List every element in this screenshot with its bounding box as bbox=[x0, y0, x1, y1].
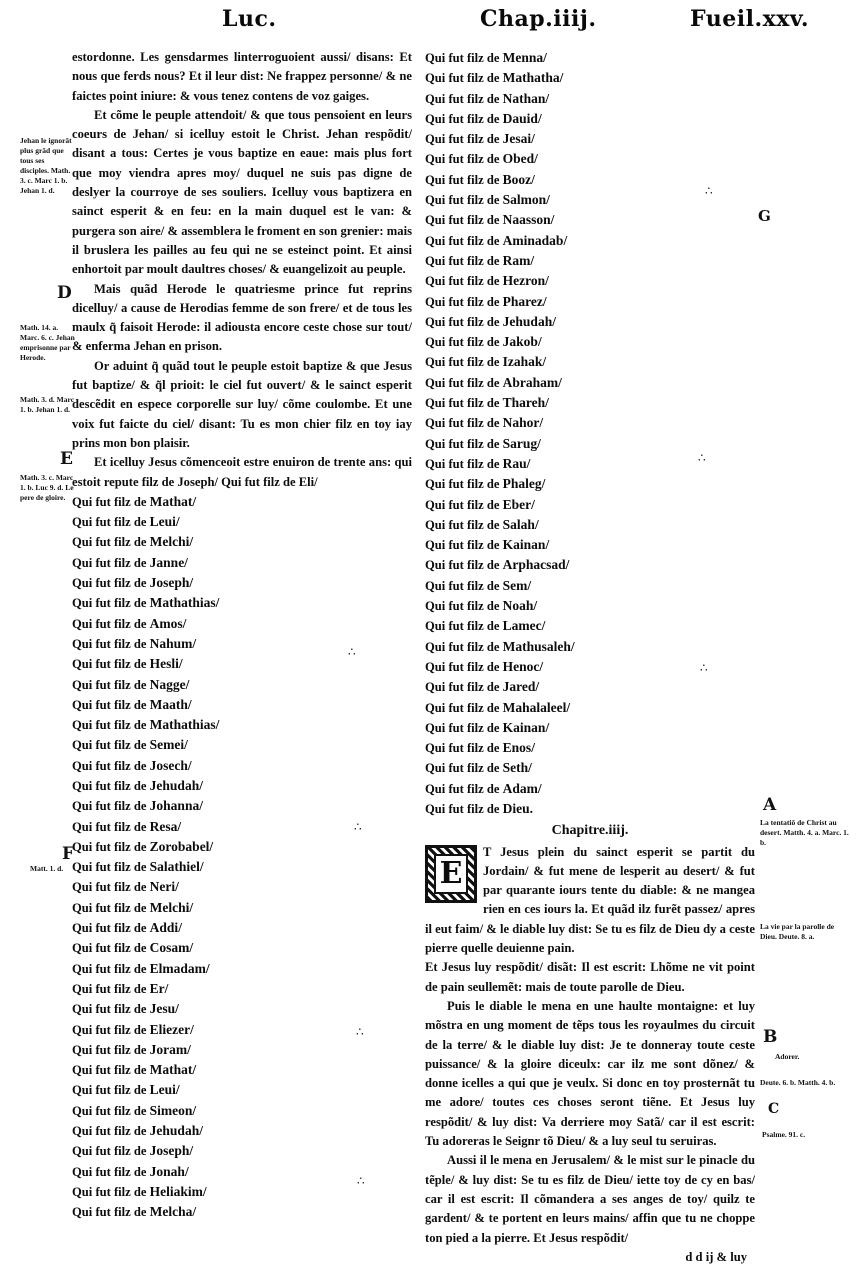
genealogy-name: Janne/ bbox=[150, 555, 188, 570]
genealogy-name: Semei/ bbox=[150, 737, 188, 752]
genealogy-prefix: Qui fut filz de bbox=[425, 680, 500, 694]
genealogy-name: Phaleg/ bbox=[503, 476, 546, 491]
genealogy-entry: Qui fut filz de Seth/ bbox=[425, 758, 755, 778]
genealogy-name: Nathan/ bbox=[503, 91, 550, 106]
genealogy-entry: Qui fut filz de Aminadab/ bbox=[425, 231, 755, 251]
genealogy-prefix: Qui fut filz de bbox=[425, 92, 500, 106]
genealogy-name: Naasson/ bbox=[503, 212, 555, 227]
genealogy-prefix: Qui fut filz de bbox=[425, 112, 500, 126]
margin-note: Math. 3. c. Marc 1. b. Luc 9. d. Le pere… bbox=[20, 473, 75, 503]
paragraph: estordonne. Les gensdarmes linterroguoie… bbox=[72, 48, 412, 106]
paragraph: Or aduint q̃ quãd tout le peuple estoit … bbox=[72, 357, 412, 453]
genealogy-name: Melchi/ bbox=[150, 534, 194, 549]
genealogy-prefix: Qui fut filz de bbox=[425, 213, 500, 227]
genealogy-name: Menna/ bbox=[503, 50, 547, 65]
paragraph: Et cõme le peuple attendoit/ & que tous … bbox=[72, 106, 412, 280]
genealogy-name: Cosam/ bbox=[150, 940, 194, 955]
genealogy-name: Addi/ bbox=[150, 920, 182, 935]
running-header-chapter: Chap.iiij. bbox=[480, 6, 597, 32]
genealogy-entry: Qui fut filz de Maath/ bbox=[72, 695, 412, 715]
genealogy-name: Josech/ bbox=[150, 758, 192, 773]
genealogy-entry: Qui fut filz de Janne/ bbox=[72, 553, 412, 573]
genealogy-prefix: Qui fut filz de bbox=[425, 457, 500, 471]
genealogy-name: Hesli/ bbox=[150, 656, 183, 671]
genealogy-name: Henoc/ bbox=[503, 659, 544, 674]
genealogy-prefix: Qui fut filz de bbox=[425, 498, 500, 512]
genealogy-name: Melchi/ bbox=[150, 900, 194, 915]
genealogy-entry: Qui fut filz de Zorobabel/ bbox=[72, 837, 412, 857]
dot-mark: ∴ bbox=[348, 645, 355, 659]
genealogy-entry: Qui fut filz de Enos/ bbox=[425, 738, 755, 758]
genealogy-name: Joseph/ bbox=[150, 575, 194, 590]
genealogy-entry: Qui fut filz de Melchi/ bbox=[72, 898, 412, 918]
margin-note: La vie par la parolle de Dieu. Deute. 8.… bbox=[760, 922, 850, 942]
margin-note: Math. 3. d. Marc 1. b. Jehan 1. d. bbox=[20, 395, 75, 415]
paragraph: Aussi il le mena en Jerusalem/ & le mist… bbox=[425, 1151, 755, 1247]
genealogy-entry: Qui fut filz de Obed/ bbox=[425, 149, 755, 169]
genealogy-entry: Qui fut filz de Thareh/ bbox=[425, 393, 755, 413]
genealogy-prefix: Qui fut filz de bbox=[425, 477, 500, 491]
genealogy-name: Mathathias/ bbox=[150, 595, 220, 610]
dot-mark: ∴ bbox=[354, 820, 361, 834]
chapter-heading: Chapitre.iiij. bbox=[425, 821, 755, 840]
genealogy-prefix: Qui fut filz de bbox=[72, 738, 147, 752]
genealogy-prefix: Qui fut filz de bbox=[72, 1165, 147, 1179]
genealogy-prefix: Qui fut filz de bbox=[72, 596, 147, 610]
genealogy-entry: Qui fut filz de Neri/ bbox=[72, 877, 412, 897]
genealogy-entry: Qui fut filz de Melcha/ bbox=[72, 1202, 412, 1222]
genealogy-name: Jehudah/ bbox=[150, 1123, 203, 1138]
genealogy-entry: Qui fut filz de Joram/ bbox=[72, 1040, 412, 1060]
paragraph: Puis le diable le mena en une haulte mon… bbox=[425, 997, 755, 1151]
genealogy-name: Abraham/ bbox=[503, 375, 562, 390]
genealogy-prefix: Qui fut filz de bbox=[72, 576, 147, 590]
genealogy-entry: Qui fut filz de Salathiel/ bbox=[72, 857, 412, 877]
genealogy-prefix: Qui fut filz de bbox=[72, 1124, 147, 1138]
genealogy-name: Sem/ bbox=[503, 578, 532, 593]
genealogy-prefix: Qui fut filz de bbox=[425, 721, 500, 735]
genealogy-entry: Qui fut filz de Jehudah/ bbox=[425, 312, 755, 332]
genealogy-prefix: Qui fut filz de bbox=[425, 254, 500, 268]
genealogy-name: Eliezer/ bbox=[150, 1022, 194, 1037]
genealogy-name: Nahor/ bbox=[503, 415, 544, 430]
genealogy-prefix: Qui fut filz de bbox=[425, 173, 500, 187]
genealogy-name: Hezron/ bbox=[503, 273, 549, 288]
genealogy-prefix: Qui fut filz de bbox=[425, 71, 500, 85]
genealogy-name: Salathiel/ bbox=[150, 859, 204, 874]
genealogy-entry: Qui fut filz de Nahor/ bbox=[425, 413, 755, 433]
genealogy-name: Mathatha/ bbox=[503, 70, 564, 85]
genealogy-name: Maath/ bbox=[150, 697, 192, 712]
dot-mark: ∴ bbox=[357, 1174, 364, 1188]
section-letter: A bbox=[763, 795, 776, 815]
genealogy-entry: Qui fut filz de Mathathias/ bbox=[72, 593, 412, 613]
genealogy-name: Leui/ bbox=[150, 514, 180, 529]
genealogy-entry: Qui fut filz de Leui/ bbox=[72, 512, 412, 532]
genealogy-prefix: Qui fut filz de bbox=[72, 1205, 147, 1219]
initial-letter: E bbox=[434, 854, 468, 894]
genealogy-prefix: Qui fut filz de bbox=[425, 51, 500, 65]
genealogy-entry: Qui fut filz de Jared/ bbox=[425, 677, 755, 697]
genealogy-entry: Qui fut filz de Nathan/ bbox=[425, 89, 755, 109]
genealogy-prefix: Qui fut filz de bbox=[425, 518, 500, 532]
margin-note: Jehan le ignorãt plus grãd que tous ses … bbox=[20, 136, 75, 196]
genealogy-name: Obed/ bbox=[503, 151, 538, 166]
genealogy-name: Mathat/ bbox=[150, 494, 197, 509]
genealogy-name: Nahum/ bbox=[150, 636, 197, 651]
genealogy-name: Mathat/ bbox=[150, 1062, 197, 1077]
genealogy-prefix: Qui fut filz de bbox=[72, 799, 147, 813]
genealogy-entry: Qui fut filz de Hezron/ bbox=[425, 271, 755, 291]
genealogy-prefix: Qui fut filz de bbox=[425, 538, 500, 552]
genealogy-name: Rau/ bbox=[503, 456, 531, 471]
genealogy-name: Resa/ bbox=[150, 819, 182, 834]
margin-note: La tentatiõ de Christ au desert. Matth. … bbox=[760, 818, 850, 848]
genealogy-name: Jakob/ bbox=[503, 334, 542, 349]
genealogy-name: Simeon/ bbox=[150, 1103, 197, 1118]
genealogy-prefix: Qui fut filz de bbox=[425, 132, 500, 146]
section-letter: C bbox=[768, 1101, 779, 1117]
genealogy-entry: Qui fut filz de Salah/ bbox=[425, 515, 755, 535]
margin-note: Deute. 6. b. Matth. 4. b. bbox=[760, 1078, 850, 1088]
genealogy-prefix: Qui fut filz de bbox=[72, 1063, 147, 1077]
section-letter: D bbox=[57, 283, 72, 303]
genealogy-name: Melcha/ bbox=[150, 1204, 197, 1219]
genealogy-name: Adam/ bbox=[503, 781, 542, 796]
dot-mark: ∴ bbox=[698, 451, 705, 465]
genealogy-entry: Qui fut filz de Mathat/ bbox=[72, 1060, 412, 1080]
genealogy-entry: Qui fut filz de Lamec/ bbox=[425, 616, 755, 636]
genealogy-entry: Qui fut filz de Mahalaleel/ bbox=[425, 698, 755, 718]
genealogy-entry: Qui fut filz de Elmadam/ bbox=[72, 959, 412, 979]
margin-note: Psalme. 91. c. bbox=[762, 1130, 852, 1140]
genealogy-list-left: Qui fut filz de Mathat/Qui fut filz de L… bbox=[72, 492, 412, 1223]
genealogy-entry: Qui fut filz de Menna/ bbox=[425, 48, 755, 68]
genealogy-prefix: Qui fut filz de bbox=[425, 640, 500, 654]
genealogy-name: Pharez/ bbox=[503, 294, 547, 309]
genealogy-name: Salmon/ bbox=[503, 192, 550, 207]
genealogy-entry: Qui fut filz de Joseph/ bbox=[72, 1141, 412, 1161]
genealogy-name: Lamec/ bbox=[503, 618, 546, 633]
genealogy-entry: Qui fut filz de Abraham/ bbox=[425, 373, 755, 393]
genealogy-prefix: Qui fut filz de bbox=[425, 782, 500, 796]
dot-mark: ∴ bbox=[700, 661, 707, 675]
genealogy-name: Seth/ bbox=[503, 760, 532, 775]
genealogy-entry: Qui fut filz de Sarug/ bbox=[425, 434, 755, 454]
genealogy-name: Ram/ bbox=[503, 253, 535, 268]
genealogy-prefix: Qui fut filz de bbox=[425, 274, 500, 288]
dot-mark: ∴ bbox=[705, 184, 712, 198]
genealogy-prefix: Qui fut filz de bbox=[72, 820, 147, 834]
genealogy-prefix: Qui fut filz de bbox=[425, 355, 500, 369]
genealogy-prefix: Qui fut filz de bbox=[425, 376, 500, 390]
genealogy-entry: Qui fut filz de Jesu/ bbox=[72, 999, 412, 1019]
genealogy-name: Joseph/ bbox=[150, 1143, 194, 1158]
genealogy-name: Elmadam/ bbox=[150, 961, 210, 976]
genealogy-prefix: Qui fut filz de bbox=[72, 840, 147, 854]
genealogy-name: Jehudah/ bbox=[503, 314, 556, 329]
genealogy-entry: Qui fut filz de Noah/ bbox=[425, 596, 755, 616]
genealogy-entry: Qui fut filz de Mathatha/ bbox=[425, 68, 755, 88]
genealogy-name: Mathathias/ bbox=[150, 717, 220, 732]
genealogy-entry: Qui fut filz de Josech/ bbox=[72, 756, 412, 776]
genealogy-name: Leui/ bbox=[150, 1082, 180, 1097]
paragraph: Mais quãd Herode le quatriesme prince fu… bbox=[72, 280, 412, 357]
running-header-folio: Fueil.xxv. bbox=[690, 6, 809, 32]
genealogy-prefix: Qui fut filz de bbox=[72, 779, 147, 793]
genealogy-prefix: Qui fut filz de bbox=[72, 617, 147, 631]
genealogy-name: Jehudah/ bbox=[150, 778, 203, 793]
genealogy-name: Amos/ bbox=[150, 616, 187, 631]
genealogy-entry: Qui fut filz de Nagge/ bbox=[72, 675, 412, 695]
genealogy-name: Aminadab/ bbox=[503, 233, 568, 248]
running-header-book: Luc. bbox=[222, 6, 277, 32]
genealogy-entry: Qui fut filz de Rau/ bbox=[425, 454, 755, 474]
margin-note: Math. 14. a. Marc. 6. c. Jehan emprisonn… bbox=[20, 323, 75, 363]
genealogy-prefix: Qui fut filz de bbox=[425, 599, 500, 613]
genealogy-prefix: Qui fut filz de bbox=[425, 701, 500, 715]
genealogy-entry: Qui fut filz de Mathathias/ bbox=[72, 715, 412, 735]
genealogy-entry: Qui fut filz de Jesai/ bbox=[425, 129, 755, 149]
genealogy-prefix: Qui fut filz de bbox=[72, 698, 147, 712]
genealogy-entry: Qui fut filz de Adam/ bbox=[425, 779, 755, 799]
genealogy-entry: Qui fut filz de Leui/ bbox=[72, 1080, 412, 1100]
genealogy-name: Sarug/ bbox=[503, 436, 541, 451]
genealogy-prefix: Qui fut filz de bbox=[72, 718, 147, 732]
genealogy-entry: Qui fut filz de Dieu. bbox=[425, 799, 755, 819]
genealogy-entry: Qui fut filz de Melchi/ bbox=[72, 532, 412, 552]
genealogy-entry: Qui fut filz de Semei/ bbox=[72, 735, 412, 755]
section-letter: B bbox=[763, 1027, 777, 1047]
genealogy-list-right: Qui fut filz de Menna/Qui fut filz de Ma… bbox=[425, 48, 755, 819]
genealogy-entry: Qui fut filz de Eber/ bbox=[425, 495, 755, 515]
genealogy-prefix: Qui fut filz de bbox=[425, 741, 500, 755]
genealogy-entry: Qui fut filz de Izahak/ bbox=[425, 352, 755, 372]
genealogy-name: Noah/ bbox=[503, 598, 538, 613]
signature-mark: d d ij & luy bbox=[425, 1248, 755, 1267]
genealogy-entry: Qui fut filz de Johanna/ bbox=[72, 796, 412, 816]
genealogy-entry: Qui fut filz de Kainan/ bbox=[425, 535, 755, 555]
genealogy-entry: Qui fut filz de Jehudah/ bbox=[72, 776, 412, 796]
genealogy-prefix: Qui fut filz de bbox=[72, 678, 147, 692]
genealogy-name: Izahak/ bbox=[503, 354, 547, 369]
genealogy-prefix: Qui fut filz de bbox=[425, 437, 500, 451]
genealogy-prefix: Qui fut filz de bbox=[425, 660, 500, 674]
genealogy-name: Joram/ bbox=[150, 1042, 191, 1057]
genealogy-prefix: Qui fut filz de bbox=[72, 962, 147, 976]
right-text-column: Qui fut filz de Menna/Qui fut filz de Ma… bbox=[425, 48, 755, 1267]
margin-note: Adorer. bbox=[775, 1052, 855, 1062]
genealogy-prefix: Qui fut filz de bbox=[425, 802, 500, 816]
genealogy-name: Mathusaleh/ bbox=[503, 639, 575, 654]
genealogy-prefix: Qui fut filz de bbox=[425, 295, 500, 309]
genealogy-entry: Qui fut filz de Dauid/ bbox=[425, 109, 755, 129]
genealogy-entry: Qui fut filz de Cosam/ bbox=[72, 938, 412, 958]
genealogy-name: Er/ bbox=[150, 981, 169, 996]
genealogy-prefix: Qui fut filz de bbox=[72, 1104, 147, 1118]
genealogy-prefix: Qui fut filz de bbox=[72, 657, 147, 671]
genealogy-entry: Qui fut filz de Joseph/ bbox=[72, 573, 412, 593]
section-letter: E bbox=[60, 449, 73, 469]
genealogy-entry: Qui fut filz de Arphacsad/ bbox=[425, 555, 755, 575]
genealogy-entry: Qui fut filz de Er/ bbox=[72, 979, 412, 999]
genealogy-name: Nagge/ bbox=[150, 677, 190, 692]
genealogy-prefix: Qui fut filz de bbox=[72, 901, 147, 915]
genealogy-entry: Qui fut filz de Amos/ bbox=[72, 614, 412, 634]
dot-mark: ∴ bbox=[356, 1025, 363, 1039]
genealogy-name: Salah/ bbox=[503, 517, 539, 532]
left-text-column: estordonne. Les gensdarmes linterroguoie… bbox=[72, 48, 412, 1223]
genealogy-prefix: Qui fut filz de bbox=[72, 921, 147, 935]
genealogy-entry: Qui fut filz de Hesli/ bbox=[72, 654, 412, 674]
genealogy-prefix: Qui fut filz de bbox=[425, 315, 500, 329]
genealogy-prefix: Qui fut filz de bbox=[425, 335, 500, 349]
genealogy-prefix: Qui fut filz de bbox=[72, 941, 147, 955]
genealogy-prefix: Qui fut filz de bbox=[72, 495, 147, 509]
genealogy-prefix: Qui fut filz de bbox=[72, 1023, 147, 1037]
genealogy-name: Arphacsad/ bbox=[503, 557, 570, 572]
paragraph: Et Jesus luy respõdit/ disãt: Il est esc… bbox=[425, 958, 755, 997]
genealogy-prefix: Qui fut filz de bbox=[425, 579, 500, 593]
genealogy-prefix: Qui fut filz de bbox=[72, 1043, 147, 1057]
genealogy-entry: Qui fut filz de Resa/ bbox=[72, 817, 412, 837]
genealogy-prefix: Qui fut filz de bbox=[72, 556, 147, 570]
genealogy-prefix: Qui fut filz de bbox=[72, 982, 147, 996]
genealogy-name: Jonah/ bbox=[150, 1164, 189, 1179]
genealogy-name: Enos/ bbox=[503, 740, 535, 755]
genealogy-prefix: Qui fut filz de bbox=[425, 416, 500, 430]
genealogy-name: Booz/ bbox=[503, 172, 535, 187]
genealogy-entry: Qui fut filz de Nahum/ bbox=[72, 634, 412, 654]
genealogy-prefix: Qui fut filz de bbox=[72, 1185, 147, 1199]
section-letter: F bbox=[62, 844, 74, 864]
genealogy-prefix: Qui fut filz de bbox=[72, 1144, 147, 1158]
genealogy-name: Jesu/ bbox=[150, 1001, 179, 1016]
genealogy-prefix: Qui fut filz de bbox=[425, 193, 500, 207]
genealogy-prefix: Qui fut filz de bbox=[72, 759, 147, 773]
genealogy-name: Dauid/ bbox=[503, 111, 542, 126]
decorated-initial: E bbox=[425, 845, 477, 903]
genealogy-entry: Qui fut filz de Mathusaleh/ bbox=[425, 637, 755, 657]
genealogy-entry: Qui fut filz de Jehudah/ bbox=[72, 1121, 412, 1141]
genealogy-entry: Qui fut filz de Pharez/ bbox=[425, 292, 755, 312]
genealogy-name: Jared/ bbox=[503, 679, 540, 694]
genealogy-entry: Qui fut filz de Addi/ bbox=[72, 918, 412, 938]
genealogy-name: Heliakim/ bbox=[150, 1184, 207, 1199]
genealogy-entry: Qui fut filz de Jakob/ bbox=[425, 332, 755, 352]
genealogy-name: Neri/ bbox=[150, 879, 179, 894]
genealogy-name: Kainan/ bbox=[503, 720, 550, 735]
genealogy-prefix: Qui fut filz de bbox=[72, 637, 147, 651]
genealogy-prefix: Qui fut filz de bbox=[72, 515, 147, 529]
genealogy-name: Kainan/ bbox=[503, 537, 550, 552]
paragraph: Et icelluy Jesus cõmenceoit estre enuiro… bbox=[72, 453, 412, 492]
genealogy-prefix: Qui fut filz de bbox=[425, 396, 500, 410]
genealogy-entry: Qui fut filz de Simeon/ bbox=[72, 1101, 412, 1121]
genealogy-entry: Qui fut filz de Kainan/ bbox=[425, 718, 755, 738]
genealogy-name: Mahalaleel/ bbox=[503, 700, 571, 715]
margin-note: Matt. 1. d. bbox=[30, 864, 85, 874]
genealogy-name: Thareh/ bbox=[503, 395, 549, 410]
genealogy-name: Jesai/ bbox=[503, 131, 535, 146]
genealogy-prefix: Qui fut filz de bbox=[425, 234, 500, 248]
genealogy-name: Zorobabel/ bbox=[150, 839, 214, 854]
genealogy-entry: Qui fut filz de Phaleg/ bbox=[425, 474, 755, 494]
genealogy-entry: Qui fut filz de Sem/ bbox=[425, 576, 755, 596]
genealogy-prefix: Qui fut filz de bbox=[72, 535, 147, 549]
genealogy-entry: Qui fut filz de Mathat/ bbox=[72, 492, 412, 512]
genealogy-prefix: Qui fut filz de bbox=[425, 761, 500, 775]
genealogy-prefix: Qui fut filz de bbox=[425, 152, 500, 166]
genealogy-entry: Qui fut filz de Naasson/ bbox=[425, 210, 755, 230]
genealogy-prefix: Qui fut filz de bbox=[425, 558, 500, 572]
genealogy-prefix: Qui fut filz de bbox=[425, 619, 500, 633]
genealogy-name: Johanna/ bbox=[150, 798, 203, 813]
genealogy-prefix: Qui fut filz de bbox=[72, 1083, 147, 1097]
genealogy-name: Eber/ bbox=[503, 497, 535, 512]
genealogy-name: Dieu. bbox=[503, 801, 533, 816]
stray-glyph: G bbox=[758, 207, 771, 225]
genealogy-entry: Qui fut filz de Ram/ bbox=[425, 251, 755, 271]
genealogy-prefix: Qui fut filz de bbox=[72, 1002, 147, 1016]
genealogy-prefix: Qui fut filz de bbox=[72, 880, 147, 894]
